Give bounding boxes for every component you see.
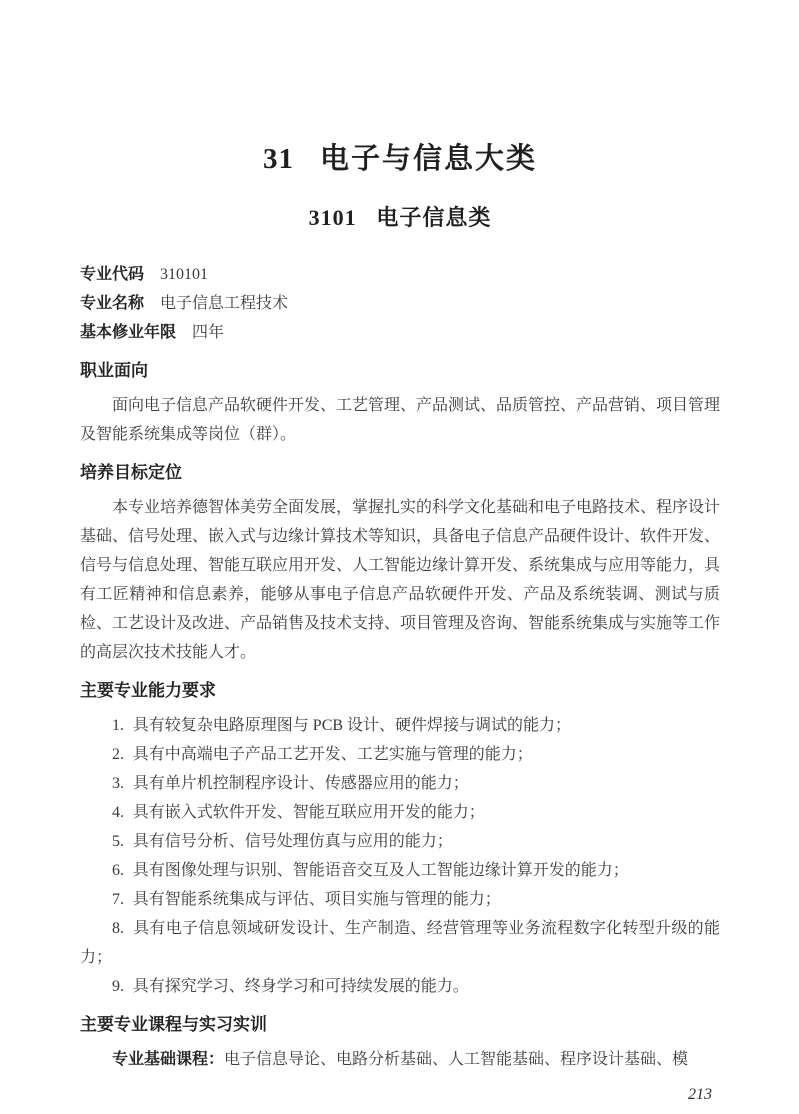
goal-heading: 培养目标定位: [80, 460, 720, 486]
ability-item-2-number: 2.: [112, 746, 124, 763]
ability-item-8: 8.具有电子信息领域研发设计、生产制造、经营管理等业务流程数字化转型升级的能力；: [80, 914, 720, 972]
ability-item-2-text: 具有中高端电子产品工艺开发、工艺实施与管理的能力；: [133, 746, 533, 763]
meta-row-name: 专业名称电子信息工程技术: [80, 289, 720, 318]
courses-heading: 主要专业课程与实习实训: [80, 1012, 720, 1038]
group-number: 3101: [309, 205, 357, 230]
ability-item-3-number: 3.: [112, 775, 124, 792]
section-courses: 主要专业课程与实习实训 专业基础课程：电子信息导论、电路分析基础、人工智能基础、…: [80, 1012, 720, 1074]
major-code-value: 310101: [160, 266, 208, 283]
ability-item-7: 7.具有智能系统集成与评估、项目实施与管理的能力；: [80, 885, 720, 914]
ability-item-9-number: 9.: [112, 978, 124, 995]
section-career: 职业面向 面向电子信息产品软硬件开发、工艺管理、产品测试、品质管控、产品营销、项…: [80, 358, 720, 449]
courses-paragraph: 专业基础课程：电子信息导论、电路分析基础、人工智能基础、程序设计基础、模: [80, 1045, 720, 1074]
chapter-number: 31: [263, 143, 294, 175]
ability-item-1-number: 1.: [112, 717, 124, 734]
ability-item-8-number: 8.: [112, 920, 124, 937]
study-years-label: 基本修业年限: [80, 324, 176, 341]
major-name-value: 电子信息工程技术: [160, 295, 288, 312]
ability-item-6-number: 6.: [112, 862, 124, 879]
ability-item-1-text: 具有较复杂电路原理图与 PCB 设计、硬件焊接与调试的能力；: [133, 717, 571, 734]
ability-item-3-text: 具有单片机控制程序设计、传感器应用的能力；: [133, 775, 469, 792]
ability-item-4-number: 4.: [112, 804, 124, 821]
ability-item-9: 9.具有探究学习、终身学习和可持续发展的能力。: [80, 972, 720, 1001]
page-number: 213: [80, 1086, 720, 1104]
career-paragraph: 面向电子信息产品软硬件开发、工艺管理、产品测试、品质管控、产品营销、项目管理及智…: [80, 391, 720, 449]
major-meta: 专业代码310101 专业名称电子信息工程技术 基本修业年限四年: [80, 260, 720, 347]
major-name-label: 专业名称: [80, 295, 144, 312]
group-name: 电子信息类: [376, 205, 491, 230]
chapter-title: 31电子与信息大类: [80, 140, 720, 178]
group-title: 3101电子信息类: [80, 203, 720, 233]
ability-item-6-text: 具有图像处理与识别、智能语音交互及人工智能边缘计算开发的能力；: [133, 862, 629, 879]
basic-courses-text: 电子信息导论、电路分析基础、人工智能基础、程序设计基础、模: [224, 1051, 688, 1068]
ability-item-5-number: 5.: [112, 833, 124, 850]
ability-item-1: 1.具有较复杂电路原理图与 PCB 设计、硬件焊接与调试的能力；: [80, 711, 720, 740]
ability-item-8-text: 具有电子信息领域研发设计、生产制造、经营管理等业务流程数字化转型升级的能力；: [80, 920, 720, 966]
meta-row-code: 专业代码310101: [80, 260, 720, 289]
goal-paragraph: 本专业培养德智体美劳全面发展，掌握扎实的科学文化基础和电子电路技术、程序设计基础…: [80, 493, 720, 667]
major-code-label: 专业代码: [80, 266, 144, 283]
ability-item-5-text: 具有信号分析、信号处理仿真与应用的能力；: [133, 833, 453, 850]
ability-item-5: 5.具有信号分析、信号处理仿真与应用的能力；: [80, 827, 720, 856]
basic-courses-label: 专业基础课程：: [112, 1051, 224, 1068]
ability-item-3: 3.具有单片机控制程序设计、传感器应用的能力；: [80, 769, 720, 798]
study-years-value: 四年: [192, 324, 224, 341]
chapter-name: 电子与信息大类: [320, 143, 537, 175]
ability-item-7-number: 7.: [112, 891, 124, 908]
ability-item-2: 2.具有中高端电子产品工艺开发、工艺实施与管理的能力；: [80, 740, 720, 769]
ability-item-4: 4.具有嵌入式软件开发、智能互联应用开发的能力；: [80, 798, 720, 827]
ability-item-9-text: 具有探究学习、终身学习和可持续发展的能力。: [133, 978, 469, 995]
career-heading: 职业面向: [80, 358, 720, 384]
document-page: 31电子与信息大类 3101电子信息类 专业代码310101 专业名称电子信息工…: [0, 0, 799, 1114]
ability-item-4-text: 具有嵌入式软件开发、智能互联应用开发的能力；: [133, 804, 485, 821]
section-ability: 主要专业能力要求 1.具有较复杂电路原理图与 PCB 设计、硬件焊接与调试的能力…: [80, 678, 720, 1001]
section-goal: 培养目标定位 本专业培养德智体美劳全面发展，掌握扎实的科学文化基础和电子电路技术…: [80, 460, 720, 667]
ability-item-6: 6.具有图像处理与识别、智能语音交互及人工智能边缘计算开发的能力；: [80, 856, 720, 885]
ability-heading: 主要专业能力要求: [80, 678, 720, 704]
ability-item-7-text: 具有智能系统集成与评估、项目实施与管理的能力；: [133, 891, 501, 908]
meta-row-years: 基本修业年限四年: [80, 318, 720, 347]
